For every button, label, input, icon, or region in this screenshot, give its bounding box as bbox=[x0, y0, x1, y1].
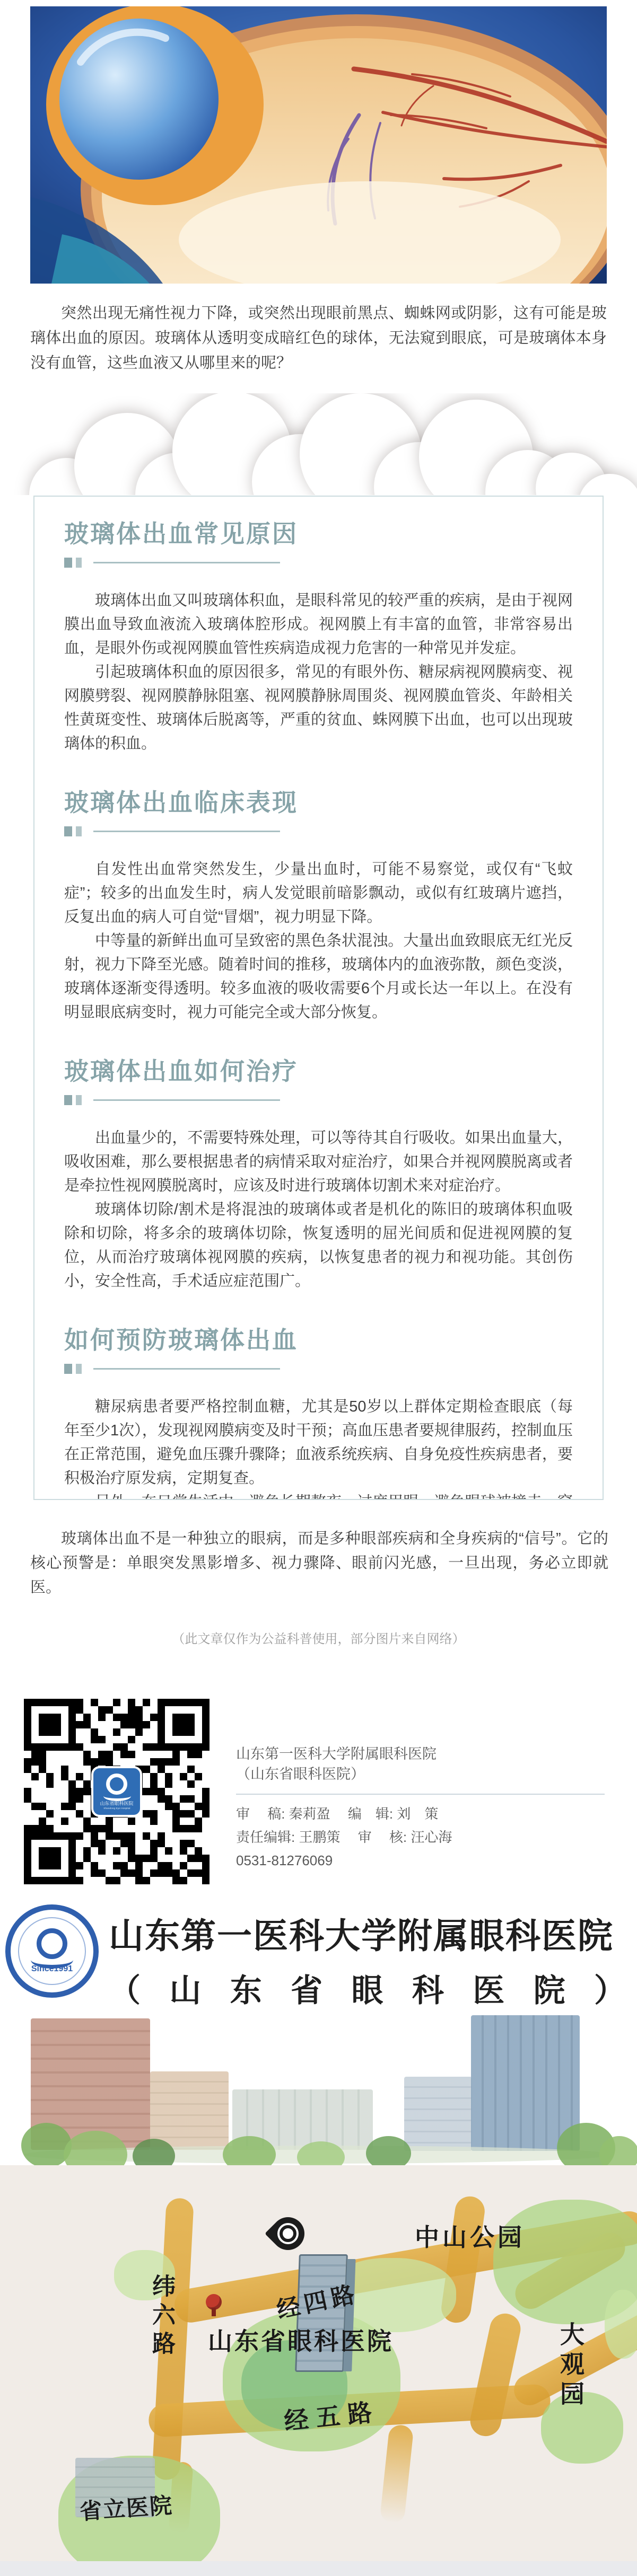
decor-square bbox=[76, 1364, 82, 1374]
map-label-provincial-hospital: 省立医院 bbox=[78, 2488, 174, 2526]
disclaimer-note: （此文章仅作为公益科普使用，部分图片来自网络） bbox=[0, 1628, 637, 1647]
decor-square bbox=[76, 826, 82, 836]
location-pin-icon bbox=[265, 2210, 311, 2257]
banner-subtitle-char: 医 bbox=[473, 1965, 504, 2011]
decor-line bbox=[93, 562, 280, 563]
section-title: 玻璃体出血如何治疗 bbox=[64, 1055, 573, 1087]
hospital-banner: Since1991 山东第一医科大学附属眼科医院 （山东省眼科医院） bbox=[0, 1900, 637, 2009]
credits-line1: 审 稿: 秦莉盈 编 辑: 刘 策 bbox=[236, 1802, 610, 1825]
green-patch bbox=[605, 2290, 637, 2359]
decor-line bbox=[93, 831, 280, 832]
hospital-seal-logo: Since1991 bbox=[5, 1904, 99, 1998]
section-prevention: 如何预防玻璃体出血 糖尿病患者要严格控制血糖，尤其是50岁以上群体定期检查眼底（… bbox=[64, 1324, 573, 1500]
road-branch-east bbox=[467, 2311, 523, 2439]
credits-line2: 责任编辑: 王鹏策 审 核: 汪心海 bbox=[236, 1825, 610, 1849]
section-title-decoration bbox=[64, 1363, 573, 1374]
road-taper bbox=[379, 2424, 414, 2524]
closing-paragraph: 玻璃体出血不是一种独立的眼病，而是多种眼部疾病和全身疾病的“信号”。它的核心预警… bbox=[30, 1527, 608, 1600]
section-title: 如何预防玻璃体出血 bbox=[64, 1324, 573, 1356]
banner-subtitle-char: （ bbox=[109, 1965, 141, 2011]
publication-info: 山东第一医科大学附属眼科医院 （山东省眼科医院） 审 稿: 秦莉盈 编 辑: 刘… bbox=[236, 1744, 610, 1872]
qr-logo-subtext: Shandong Eye Hospital bbox=[103, 1807, 130, 1810]
tree bbox=[21, 2123, 72, 2168]
decor-square bbox=[76, 558, 82, 568]
decor-square bbox=[64, 826, 72, 836]
decor-square bbox=[76, 1095, 82, 1105]
paragraph: 糖尿病患者要严格控制血糖，尤其是50岁以上群体定期检查眼底（每年至少1次），发现… bbox=[64, 1395, 573, 1490]
decor-line bbox=[93, 1099, 280, 1101]
decor-line bbox=[93, 1368, 280, 1370]
paragraph: 自发性出血常突然发生，少量出血时，可能不易察觉，或仅有“飞蚊症”；较多的出血发生… bbox=[64, 858, 573, 929]
map-label-zhongshan-park: 中山公园 bbox=[415, 2218, 525, 2253]
paragraph: 玻璃体切除/割术是将混浊的玻璃体或者是机化的陈旧的玻璃体积血吸除和切除，将多余的… bbox=[64, 1198, 573, 1293]
hospital-name-line2: （山东省眼科医院） bbox=[236, 1764, 610, 1784]
paragraph: 另外，在日常生活中，避免长期熬夜、过度用眼，避免眼球被撞击、穿刺，从事高危职业（… bbox=[64, 1490, 573, 1500]
banner-subtitle-char: ） bbox=[594, 1965, 626, 2011]
banner-subtitle: （山东省眼科医院） bbox=[109, 1965, 626, 2011]
banner-subtitle-char: 山 bbox=[169, 1965, 201, 2011]
campus-illustration bbox=[0, 2009, 637, 2165]
hospital-qr-logo: 山东省眼科医院 Shandong Eye Hospital bbox=[91, 1766, 142, 1817]
article-card: 玻璃体出血常见原因 玻璃体出血又叫玻璃体积血，是眼科常见的较严重的疾病，是由于视… bbox=[33, 496, 604, 1500]
eye-anatomy-illustration bbox=[30, 6, 607, 284]
paragraph: 引起玻璃体积血的原因很多，常见的有眼外伤、糖尿病视网膜病变、视网膜劈裂、视网膜静… bbox=[64, 660, 573, 756]
cloud-divider bbox=[0, 393, 637, 495]
right-tower-building bbox=[471, 2015, 580, 2151]
section-title-decoration bbox=[64, 1095, 573, 1105]
info-divider bbox=[236, 1794, 605, 1795]
eye-logo-icon bbox=[106, 1774, 127, 1795]
article-page: 突然出现无痛性视力下降，或突然出现眼前黑点、蜘蛛网或阴影，这有可能是玻璃体出血的… bbox=[0, 0, 637, 2576]
banner-title: 山东第一医科大学附属眼科医院 bbox=[109, 1908, 632, 1958]
right-annex-building bbox=[404, 2077, 472, 2151]
seal-inner: Since1991 bbox=[18, 1917, 86, 1985]
red-marker-icon bbox=[206, 2294, 222, 2310]
qr-footer: 山东省眼科医院 Shandong Eye Hospital 山东第一医科大学附属… bbox=[24, 1693, 613, 1887]
map-label-daguanyuan: 大观园 bbox=[553, 2322, 588, 2411]
intro-paragraph: 突然出现无痛性视力下降，或突然出现眼前黑点、蜘蛛网或阴影，这有可能是玻璃体出血的… bbox=[30, 301, 607, 376]
banner-subtitle-char: 东 bbox=[230, 1965, 262, 2011]
paragraph: 玻璃体出血又叫玻璃体积血，是眼科常见的较严重的疾病，是由于视网膜出血导致血液流入… bbox=[64, 589, 573, 660]
section-title: 玻璃体出血常见原因 bbox=[64, 518, 573, 550]
section-title-decoration bbox=[64, 826, 573, 836]
banner-subtitle-char: 科 bbox=[412, 1965, 444, 2011]
left-annex-building bbox=[150, 2071, 229, 2150]
section-symptoms: 玻璃体出血临床表现 自发性出血常突然发生，少量出血时，可能不易察觉，或仅有“飞蚊… bbox=[64, 787, 573, 1025]
paragraph: 中等量的新鲜出血可呈致密的黑色条状混浊。大量出血致眼底无红光反射，视力下降至光感… bbox=[64, 929, 573, 1025]
hospital-name-line1: 山东第一医科大学附属眼科医院 bbox=[236, 1744, 610, 1764]
decor-square bbox=[64, 558, 72, 568]
eye-logo-icon bbox=[37, 1928, 67, 1959]
section-title: 玻璃体出血临床表现 bbox=[64, 787, 573, 818]
map-label-weiliu-road: 纬六路 bbox=[144, 2274, 178, 2360]
decor-square bbox=[64, 1364, 72, 1374]
map-label-eye-hospital: 山东省眼科医院 bbox=[208, 2322, 394, 2357]
page-bottom-strip bbox=[0, 2561, 637, 2576]
section-causes: 玻璃体出血常见原因 玻璃体出血又叫玻璃体积血，是眼科常见的较严重的疾病，是由于视… bbox=[64, 518, 573, 756]
qr-code: 山东省眼科医院 Shandong Eye Hospital bbox=[24, 1699, 210, 1884]
location-map: 中山公园 纬六路 经四路 山东省眼科医院 大观园 经五路 省立医院 bbox=[0, 2165, 637, 2576]
qr-logo-text: 山东省眼科医院 bbox=[100, 1799, 134, 1806]
section-treatment: 玻璃体出血如何治疗 出血量少的，不需要特殊处理，可以等待其自行吸收。如果出血量大… bbox=[64, 1055, 573, 1293]
banner-subtitle-char: 眼 bbox=[352, 1965, 383, 2011]
banner-subtitle-char: 院 bbox=[534, 1965, 565, 2011]
phone-number: 0531-81276069 bbox=[236, 1849, 610, 1872]
section-title-decoration bbox=[64, 557, 573, 568]
paragraph: 出血量少的，不需要特殊处理，可以等待其自行吸收。如果出血量大，吸收困难，那么要根… bbox=[64, 1126, 573, 1198]
decor-square bbox=[64, 1095, 72, 1105]
banner-subtitle-char: 省 bbox=[291, 1965, 322, 2011]
eye-cross-section-graphic bbox=[30, 6, 607, 284]
